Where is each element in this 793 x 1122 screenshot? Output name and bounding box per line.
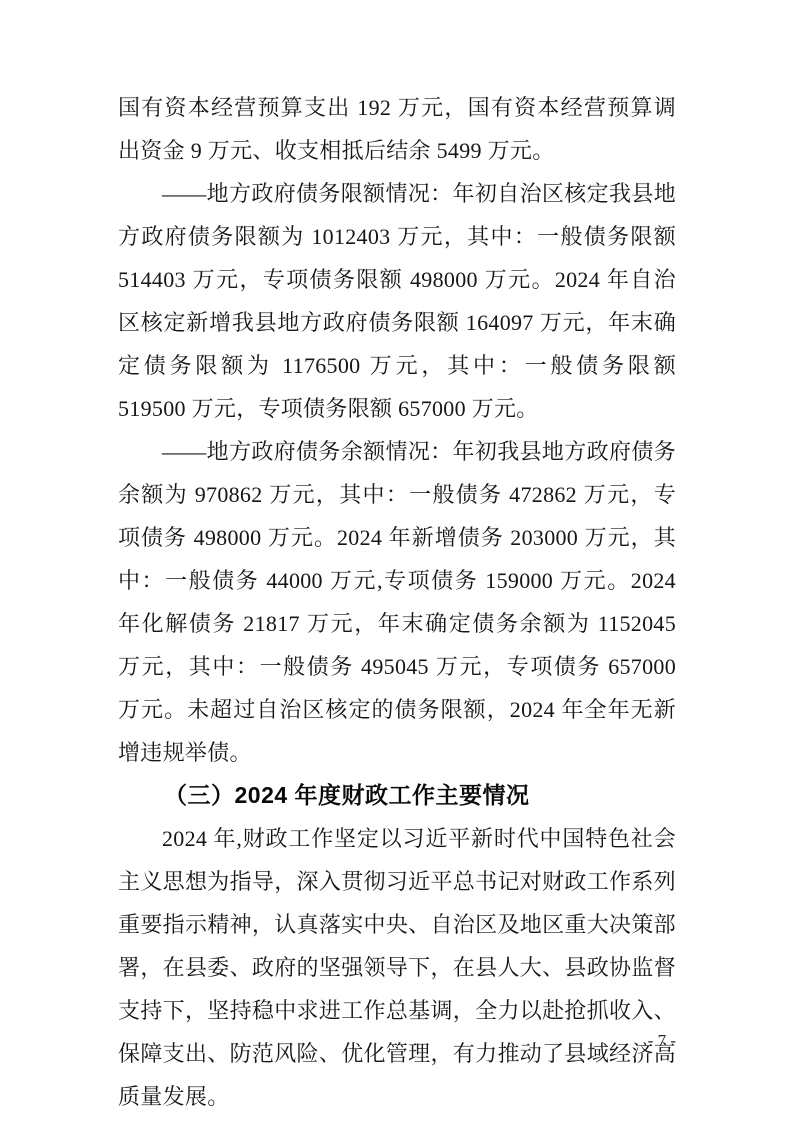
paragraph-state-capital-budget: 国有资本经营预算支出 192 万元，国有资本经营预算调出资金 9 万元、收支相抵… <box>118 86 676 172</box>
paragraph-fiscal-work: 2024 年,财政工作坚定以习近平新时代中国特色社会主义思想为指导，深入贯彻习近… <box>118 817 676 1118</box>
page-number: - 7 - <box>648 1030 676 1052</box>
document-body: 国有资本经营预算支出 192 万元，国有资本经营预算调出资金 9 万元、收支相抵… <box>118 86 676 1118</box>
paragraph-debt-limit: ——地方政府债务限额情况：年初自治区核定我县地方政府债务限额为 1012403 … <box>118 172 676 430</box>
paragraph-debt-balance: ——地方政府债务余额情况：年初我县地方政府债务余额为 970862 万元，其中：… <box>118 430 676 774</box>
document-page: 国有资本经营预算支出 192 万元，国有资本经营预算调出资金 9 万元、收支相抵… <box>0 0 793 1122</box>
section-heading-fiscal-work: （三）2024 年度财政工作主要情况 <box>118 774 676 817</box>
